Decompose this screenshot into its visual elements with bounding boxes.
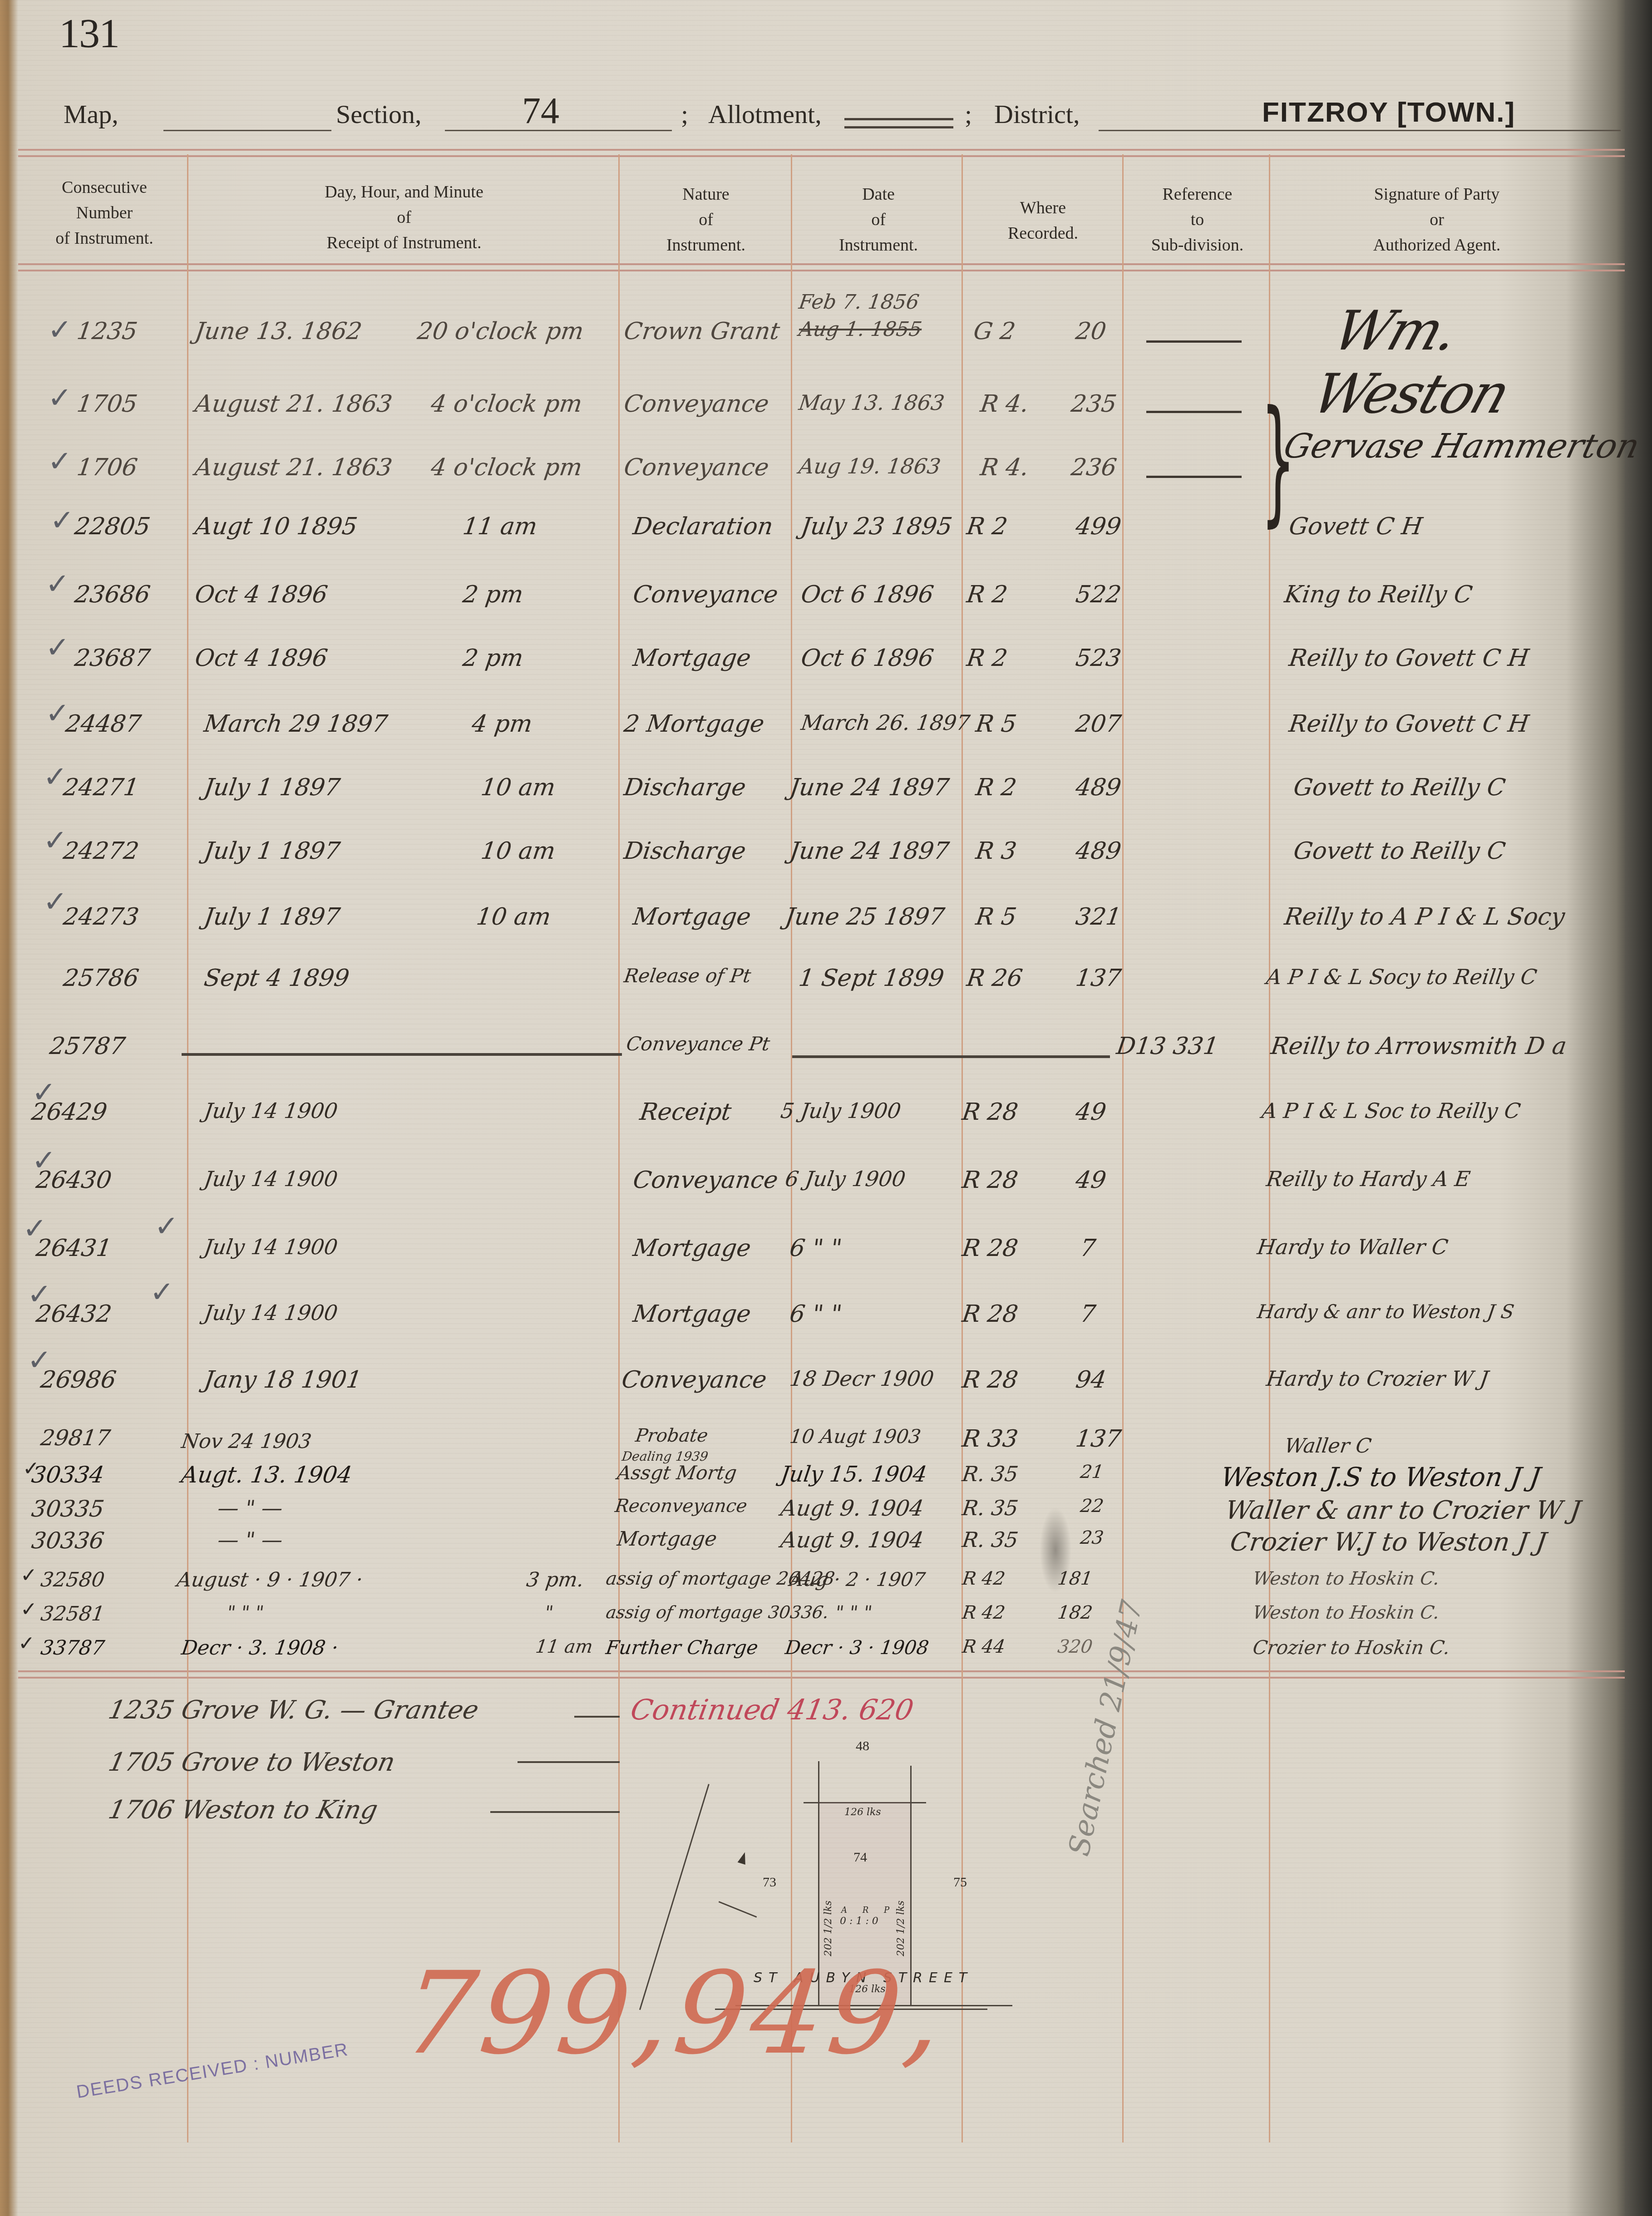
signature: Waller C <box>1283 1434 1373 1458</box>
instrument-nature: Discharge <box>622 837 748 865</box>
receipt-date: July 14 1900 <box>202 1235 339 1259</box>
table-row: ✓ 23687 Oct 4 1896 2 pm Mortgage Oct 6 1… <box>0 645 1616 690</box>
district-label: District, <box>994 99 1080 129</box>
column-header-label: Day, Hour, and Minute of Receipt of Inst… <box>191 179 617 256</box>
instrument-number: 22805 <box>73 513 152 540</box>
title-line: Map, Section, 74 ; Allotment, ; District… <box>64 93 1607 138</box>
receipt-date: July 1 1897 <box>202 774 342 801</box>
recorded-book: R 2 <box>974 774 1018 801</box>
recorded-folio: 7 <box>1079 1235 1098 1262</box>
signature: A P I & L Socy to Reilly C <box>1265 965 1539 989</box>
table-row: ✓ 26429 July 14 1900 Receipt 5 July 1900… <box>0 1098 1616 1144</box>
column-rule <box>1122 154 1124 2142</box>
recorded-book: R 3 <box>974 837 1018 865</box>
table-row: 25787 Conveyance Pt D13 331 Reilly to Ar… <box>0 1033 1616 1078</box>
instrument-nature: 2 Mortgage <box>622 710 766 738</box>
instrument-number: 32581 <box>39 1602 106 1625</box>
column-header-instrument-date: Date of Instrument. <box>794 182 962 258</box>
allotment-label: Allotment, <box>708 99 822 129</box>
recorded-folio: 137 <box>1074 1425 1123 1453</box>
recorded-book: R 2 <box>965 645 1009 672</box>
table-row: 25786 Sept 4 1899 Release of Pt 1 Sept 1… <box>0 965 1616 1010</box>
instrument-date: 6 " " <box>788 1300 843 1328</box>
district-blank <box>1099 130 1621 131</box>
signature: Reilly to Govett C H <box>1287 645 1531 672</box>
signature: Crozier to Hoskin C. <box>1252 1636 1451 1659</box>
instrument-nature: Mortgage <box>631 645 753 672</box>
recorded-folio: 7 <box>1079 1300 1098 1328</box>
table-row: ✓ 22805 Augt 10 1895 11 am Declaration J… <box>0 513 1616 558</box>
page-number: 131 <box>59 9 119 57</box>
signature: A P I & L Soc to Reilly C <box>1260 1098 1522 1123</box>
receipt-date: July 14 1900 <box>202 1098 339 1123</box>
check-mark-icon: ✓ <box>154 1210 179 1243</box>
receipt-date: Oct 4 1896 <box>193 581 330 608</box>
plan-west-neighbor: 73 <box>763 1875 776 1890</box>
recorded-book: R 28 <box>961 1098 1020 1126</box>
signature: Govett C H <box>1287 513 1424 540</box>
recorded-folio: 181 <box>1056 1568 1094 1589</box>
instrument-number: 30335 <box>30 1496 106 1522</box>
check-mark-icon: ✓ <box>20 1598 37 1621</box>
column-header-receipt: Day, Hour, and Minute of Receipt of Inst… <box>191 179 617 256</box>
instrument-number: 30334 <box>30 1462 106 1488</box>
receipt-time: 4 o'clock pm <box>429 390 584 418</box>
header-top-rule <box>18 149 1625 157</box>
instrument-nature: Conveyance <box>622 390 771 418</box>
check-mark-icon: ✓ <box>45 631 70 665</box>
recorded-book: R 44 <box>961 1636 1006 1657</box>
date-dash <box>792 1055 1110 1058</box>
instrument-date: 1 Sept 1899 <box>797 965 946 992</box>
instrument-date: July 15. 1904 <box>779 1462 929 1487</box>
subdivision-dash <box>1146 411 1242 413</box>
instrument-nature: Conveyance <box>631 581 780 608</box>
receipt-date: " " " <box>226 1602 265 1623</box>
plan-east-neighbor: 75 <box>953 1875 967 1890</box>
instrument-number: 29817 <box>39 1425 112 1451</box>
recorded-book: R 42 <box>961 1602 1006 1623</box>
signature: Waller & anr to Crozier W J <box>1223 1496 1583 1525</box>
instrument-number: 1705 <box>75 390 139 418</box>
receipt-date: July 1 1897 <box>202 903 342 931</box>
recorded-book: R 33 <box>961 1425 1020 1453</box>
table-row: ✓ 1235 June 13. 1862 20 o'clock pm Crown… <box>0 318 1616 363</box>
instrument-nature: Assgt Mortg <box>616 1462 739 1484</box>
signature: Reilly to Hardy A E <box>1265 1167 1472 1191</box>
recorded-book: R 2 <box>965 581 1009 608</box>
recorded-book: R. 35 <box>961 1496 1020 1520</box>
plan-area-value: 0 : 1 : 0 <box>840 1916 878 1927</box>
plan-north-neighbor: 48 <box>856 1738 869 1754</box>
allotment-dash-bottom <box>844 126 953 128</box>
plan-top-width: 126 lks <box>844 1807 881 1818</box>
receipt-date: July 14 1900 <box>202 1300 339 1325</box>
recorded-book: R. 35 <box>961 1462 1020 1486</box>
north-tick <box>719 1901 757 1917</box>
section-label: Section, <box>336 99 421 129</box>
instrument-nature: Conveyance <box>620 1366 769 1394</box>
signature: Hardy to Crozier W J <box>1265 1366 1490 1391</box>
instrument-nature: assig of mortgage 30336. <box>605 1602 830 1622</box>
signature: Crozier W.J to Weston J J <box>1228 1527 1548 1557</box>
column-header-subdivision: Reference to Sub-division. <box>1126 182 1269 258</box>
instrument-number: 26429 <box>30 1098 109 1126</box>
instrument-date: 6 July 1900 <box>784 1167 907 1191</box>
instrument-date: June 24 1897 <box>788 774 951 801</box>
recorded-folio: 499 <box>1074 513 1123 540</box>
instrument-date: June 24 1897 <box>788 837 951 865</box>
receipt-date: Augt 10 1895 <box>193 513 359 540</box>
receipt-time: 11 am <box>534 1636 594 1657</box>
receipt-time: 10 am <box>479 837 557 865</box>
instrument-nature: Mortgage <box>631 1235 753 1262</box>
footer-note: 1705 Grove to Weston <box>106 1748 398 1777</box>
header-bottom-rule <box>18 263 1625 271</box>
recorded-book: R 28 <box>961 1167 1020 1194</box>
table-row: ✓ 24272 July 1 1897 10 am Discharge June… <box>0 837 1616 883</box>
recorded-folio: 94 <box>1074 1366 1108 1394</box>
instrument-nature: Mortgage <box>616 1527 718 1551</box>
receipt-date: August 21. 1863 <box>193 454 394 481</box>
allotment-dash-top <box>844 118 953 120</box>
receipt-date: Sept 4 1899 <box>202 965 351 992</box>
column-rule <box>187 154 188 2142</box>
instrument-nature: Crown Grant <box>622 318 782 345</box>
receipt-time: 11 am <box>461 513 539 540</box>
recorded-folio: 23 <box>1079 1527 1105 1548</box>
instrument-date: Oct 6 1896 <box>799 581 936 608</box>
instrument-number: 25787 <box>48 1033 127 1060</box>
instrument-number: 26986 <box>39 1366 118 1394</box>
recorded-folio: 49 <box>1074 1167 1108 1194</box>
recorded-book: R 4. <box>979 454 1031 481</box>
recorded-book: R 42 <box>961 1568 1006 1589</box>
deeds-received-stamp: DEEDS RECEIVED : NUMBER <box>75 2039 350 2103</box>
column-header-label: Date of Instrument. <box>794 182 962 258</box>
recorded-book: R 28 <box>961 1366 1020 1394</box>
table-row: ✓ 26430 July 14 1900 Conveyance 6 July 1… <box>0 1167 1616 1212</box>
instrument-nature: Discharge <box>622 774 748 801</box>
check-mark-icon: ✓ <box>48 445 72 478</box>
signature: Weston to Hoskin C. <box>1252 1602 1441 1623</box>
receipt-date: Decr · 3. 1908 · <box>180 1636 340 1660</box>
table-row: ✓ 24273 July 1 1897 10 am Mortgage June … <box>0 903 1616 949</box>
instrument-number: 23687 <box>73 645 152 672</box>
subdivision-dash <box>1146 476 1242 478</box>
instrument-number: 32580 <box>39 1568 106 1591</box>
plan-line <box>818 1761 819 1804</box>
receipt-date: Oct 4 1896 <box>193 645 330 672</box>
recorded-book: R 26 <box>965 965 1024 992</box>
allotment-separator: ; <box>965 99 972 129</box>
signature: Reilly to A P I & L Socy <box>1283 903 1567 931</box>
instrument-number: 26430 <box>35 1167 113 1194</box>
check-mark-icon: ✓ <box>50 504 74 537</box>
signature: Weston J.S to Weston J J <box>1219 1462 1543 1492</box>
instrument-nature: Mortgage <box>631 1300 753 1328</box>
receipt-date: June 13. 1862 <box>193 318 364 345</box>
instrument-number: 1706 <box>75 454 139 481</box>
instrument-nature: Declaration <box>631 513 775 540</box>
table-row: ✓ ✓ 26431 July 14 1900 Mortgage 6 " " R … <box>0 1235 1616 1280</box>
continued-note: Continued 413. 620 <box>628 1693 916 1726</box>
column-rule <box>618 154 620 2142</box>
recorded-folio: 320 <box>1056 1636 1094 1657</box>
recorded-book: R 28 <box>961 1235 1020 1262</box>
district-value: FITZROY [TOWN.] <box>1262 96 1515 128</box>
plan-lot-number: 74 <box>853 1850 867 1865</box>
instrument-nature: Reconveyance <box>614 1496 749 1517</box>
recorded-folio: 235 <box>1070 390 1119 418</box>
signature: Govett to Reilly C <box>1292 774 1507 801</box>
instrument-nature: Further Charge <box>605 1636 759 1659</box>
instrument-number: 26431 <box>35 1235 113 1262</box>
instrument-date: Feb 7. 1856 <box>797 291 920 314</box>
ledger-page: 131 Map, Section, 74 ; Allotment, ; Dist… <box>0 0 1652 2216</box>
signature: Govett to Reilly C <box>1292 837 1507 865</box>
instrument-number: 26432 <box>35 1300 113 1328</box>
instrument-nature: Release of Pt <box>623 965 753 987</box>
table-row: ✓ 33787 Decr · 3. 1908 · 11 am Further C… <box>0 1636 1616 1682</box>
recorded-book: G 2 <box>972 318 1017 345</box>
receipt-date: March 29 1897 <box>202 710 390 738</box>
signature: Weston to Hoskin C. <box>1252 1568 1441 1589</box>
instrument-nature: Receipt <box>638 1098 733 1126</box>
north-arrow-icon <box>738 1851 749 1865</box>
column-header-label: Signature of Party or Authorized Agent. <box>1271 182 1603 258</box>
recorded-folio: 236 <box>1070 454 1119 481</box>
plan-area-header: A R P <box>841 1906 896 1915</box>
column-header-recorded: Where Recorded. <box>965 195 1121 246</box>
instrument-date: Oct 6 1896 <box>799 645 936 672</box>
recorded-book: R 5 <box>974 710 1018 738</box>
receipt-dash <box>182 1053 622 1056</box>
recorded-folio: 49 <box>1074 1098 1108 1126</box>
instrument-number: 24272 <box>62 837 141 865</box>
signature: King to Reilly C <box>1283 581 1474 608</box>
instrument-date: May 13. 1863 <box>797 390 946 415</box>
signature: Reilly to Govett C H <box>1287 710 1531 738</box>
column-header-label: Where Recorded. <box>965 195 1121 246</box>
recorded-book: R 5 <box>974 903 1018 931</box>
instrument-number: 24273 <box>62 903 141 931</box>
receipt-time: 20 o'clock pm <box>416 318 586 345</box>
section-value: 74 <box>522 89 559 132</box>
receipt-date: August 21. 1863 <box>193 390 394 418</box>
recorded-folio: 20 <box>1074 318 1108 345</box>
receipt-date: — " — <box>216 1527 284 1552</box>
recorded-folio: 182 <box>1056 1602 1094 1623</box>
signature: Reilly to Arrowsmith D a <box>1269 1033 1568 1060</box>
recorded-folio: 522 <box>1074 581 1123 608</box>
map-blank <box>163 130 331 131</box>
column-header-label: Consecutive Number of Instrument. <box>27 175 182 251</box>
footer-dash <box>518 1761 620 1763</box>
table-row: ✓ 23686 Oct 4 1896 2 pm Conveyance Oct 6… <box>0 581 1616 626</box>
instrument-date: " " " <box>834 1602 873 1623</box>
recorded-book: R 4. <box>979 390 1031 418</box>
receipt-time: 2 pm <box>461 581 525 608</box>
recorded-folio: 523 <box>1074 645 1123 672</box>
recorded-book: R 28 <box>961 1300 1020 1328</box>
recorded-folio: 22 <box>1079 1496 1105 1517</box>
receipt-date: — " — <box>216 1496 284 1520</box>
instrument-number: 24271 <box>62 774 141 801</box>
footer-dash <box>574 1716 620 1718</box>
table-row: ✓ 24487 March 29 1897 4 pm 2 Mortgage Ma… <box>0 710 1616 756</box>
footer-note: 1235 Grove W. G. — Grantee <box>106 1695 481 1725</box>
column-header-label: Reference to Sub-division. <box>1126 182 1269 258</box>
signature: Hardy & anr to Weston J S <box>1256 1300 1516 1323</box>
column-header-nature: Nature of Instrument. <box>622 182 790 258</box>
recorded-folio: 489 <box>1074 837 1123 865</box>
receipt-time: 3 pm. <box>525 1568 585 1591</box>
column-header-number: Consecutive Number of Instrument. <box>27 175 182 251</box>
table-row: ✓ ✓ 26432 July 14 1900 Mortgage 6 " " R … <box>0 1300 1616 1346</box>
receipt-time: 10 am <box>479 774 557 801</box>
instrument-date-struck: Aug 1. 1855 <box>797 318 923 341</box>
deeds-number: 799,949, <box>397 1947 953 2079</box>
signature: Gervase Hammerton <box>1280 427 1643 466</box>
table-row: ✓ 24271 July 1 1897 10 am Discharge June… <box>0 774 1616 819</box>
check-mark-icon: ✓ <box>150 1275 174 1309</box>
recorded-folio: 489 <box>1074 774 1123 801</box>
receipt-date: July 1 1897 <box>202 837 342 865</box>
receipt-time: 10 am <box>475 903 552 931</box>
instrument-date: 6 " " <box>788 1235 843 1262</box>
check-mark-icon: ✓ <box>45 567 70 601</box>
recorded-book: R. 35 <box>961 1527 1020 1552</box>
receipt-date: Nov 24 1903 <box>180 1430 313 1453</box>
check-mark-icon: ✓ <box>48 381 72 415</box>
footer-dash <box>490 1811 620 1813</box>
receipt-date: July 14 1900 <box>202 1167 339 1191</box>
instrument-number: 23686 <box>73 581 152 608</box>
receipt-date: Jany 18 1901 <box>202 1366 364 1394</box>
recorded-folio: 321 <box>1074 903 1123 931</box>
instrument-nature: Conveyance Pt <box>625 1033 772 1055</box>
table-row: 30336 — " — Mortgage Augt 9. 1904 R. 35 … <box>0 1527 1616 1573</box>
subdivision-dash <box>1146 340 1242 343</box>
column-header-label: Nature of Instrument. <box>622 182 790 258</box>
instrument-date: Aug 19. 1863 <box>797 454 942 478</box>
recorded-book: R 2 <box>965 513 1009 540</box>
check-mark-icon: ✓ <box>18 1632 35 1655</box>
instrument-nature: Probate <box>634 1425 710 1446</box>
book-binding-shadow <box>1625 0 1652 2216</box>
instrument-date: 10 Augt 1903 <box>789 1425 922 1448</box>
recorded-folio: 137 <box>1074 965 1123 992</box>
receipt-time: 4 o'clock pm <box>429 454 584 481</box>
instrument-date: Augt 9. 1904 <box>779 1496 925 1521</box>
instrument-number: 25786 <box>62 965 141 992</box>
instrument-date: June 25 1897 <box>784 903 947 931</box>
receipt-date: August · 9 · 1907 · <box>175 1568 364 1591</box>
instrument-date: Aug · 2 · 1907 <box>789 1568 927 1591</box>
instrument-date: 5 July 1900 <box>779 1098 902 1123</box>
instrument-date: 18 Decr 1900 <box>788 1366 935 1391</box>
check-mark-icon: ✓ <box>48 313 72 347</box>
instrument-nature: Mortgage <box>631 903 753 931</box>
footer-note: 1706 Weston to King <box>106 1795 380 1825</box>
instrument-number: 30336 <box>30 1527 106 1554</box>
receipt-time: 4 pm <box>470 710 534 738</box>
receipt-date: Augt. 13. 1904 <box>180 1462 354 1488</box>
signature: Hardy to Waller C <box>1256 1235 1450 1259</box>
receipt-time: 2 pm <box>461 645 525 672</box>
table-row: ✓ 26986 Jany 18 1901 Conveyance 18 Decr … <box>0 1366 1616 1412</box>
recorded-folio: 21 <box>1079 1462 1105 1482</box>
check-mark-icon: ✓ <box>20 1564 37 1587</box>
instrument-date: March 26. 1897 <box>799 710 971 735</box>
recorded-folio: 207 <box>1074 710 1123 738</box>
instrument-date: Augt 9. 1904 <box>779 1527 925 1553</box>
instrument-nature: Conveyance <box>631 1167 780 1194</box>
map-label: Map, <box>64 99 118 129</box>
instrument-nature: Conveyance <box>622 454 771 481</box>
column-header-signature: Signature of Party or Authorized Agent. <box>1271 182 1603 258</box>
instrument-number: 1235 <box>75 318 139 345</box>
receipt-time: " <box>543 1602 555 1623</box>
plan-line <box>910 1766 912 1804</box>
section-separator: ; <box>681 99 688 129</box>
instrument-number: 33787 <box>39 1636 106 1660</box>
instrument-date: Decr · 3 · 1908 <box>784 1636 931 1659</box>
subdivision-reference: D13 331 <box>1115 1033 1220 1060</box>
instrument-number: 24487 <box>64 710 143 738</box>
instrument-date: July 23 1895 <box>799 513 954 540</box>
